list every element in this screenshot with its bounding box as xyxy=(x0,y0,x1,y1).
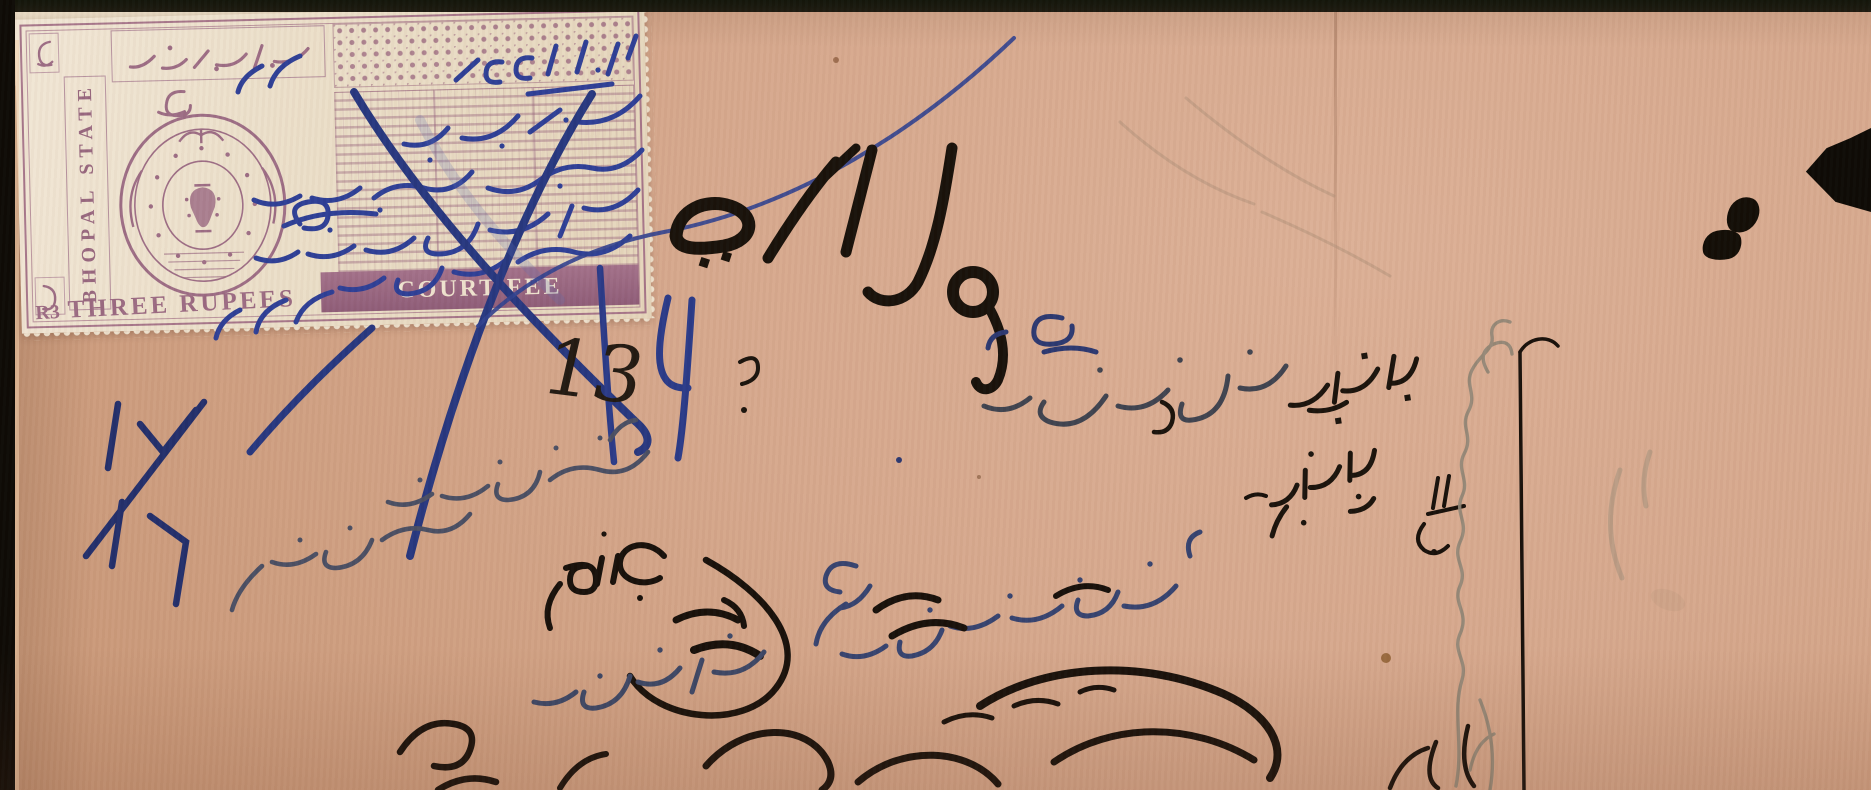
pencil-smudges xyxy=(1610,452,1688,616)
blue-names-line xyxy=(816,532,1200,657)
stamp-coat-of-arms xyxy=(100,101,305,306)
black-flourishes-bottom xyxy=(400,494,1277,790)
paper-edge-highlight xyxy=(15,40,19,790)
question-mark xyxy=(740,358,758,413)
court-fee-label: COURT FEE xyxy=(397,273,563,304)
stamp-glyph-icon xyxy=(144,83,199,120)
black-flourish-large xyxy=(630,560,788,715)
stamp-perforation-right xyxy=(644,4,659,318)
scanner-edge-left xyxy=(0,0,15,790)
fraction-bar xyxy=(86,402,204,556)
stamp-denomination: R3 THREE RUPEES xyxy=(35,283,336,332)
stamp-left-band: BHOPAL STATE xyxy=(64,76,112,311)
paper-speck xyxy=(977,475,981,479)
vakalat-calligraphy xyxy=(676,148,1003,389)
fraction-numerator xyxy=(108,404,196,468)
paper-speck xyxy=(1381,653,1391,663)
pattern-divider xyxy=(433,90,439,270)
stamp-corner-curl-icon xyxy=(30,34,59,73)
grey-cursive-lines xyxy=(232,420,648,610)
stamp-urdu-denomination-panel xyxy=(111,25,326,82)
stamp-state-label: BHOPAL STATE xyxy=(73,82,101,304)
stamp-corner-ornament-bottom xyxy=(35,277,66,316)
small-hook-mark xyxy=(1154,402,1173,432)
paper-crease xyxy=(1334,0,1337,420)
scanner-edge-top xyxy=(0,0,1871,12)
lower-cursive-line xyxy=(534,633,764,708)
stamp-corner-ornament-top xyxy=(29,33,60,74)
case-number-label xyxy=(1253,434,1390,536)
denomination-prefix: R3 xyxy=(35,301,61,325)
urdu-denomination-script xyxy=(112,26,325,81)
coat-of-arms-icon xyxy=(100,101,305,306)
denomination-words: THREE RUPEES xyxy=(67,285,297,325)
fraction-denominator xyxy=(112,502,186,604)
ink-dot xyxy=(896,457,902,463)
pencil-signature xyxy=(1456,321,1512,790)
banaam-label xyxy=(548,531,664,628)
ghost-impressions xyxy=(1120,98,1390,276)
stamp-microtext-pattern xyxy=(334,85,638,274)
court-heading-label xyxy=(1284,345,1425,431)
court-name-line xyxy=(984,317,1286,425)
fraction-seventeen-sixteen xyxy=(86,402,204,604)
stamp-corner-curl-icon xyxy=(36,278,65,315)
right-edge-tear xyxy=(1797,128,1871,212)
paper-speck xyxy=(833,57,839,63)
pattern-divider xyxy=(532,88,538,268)
stamp-ornament-band xyxy=(332,17,633,88)
court-fee-stamp: BHOPAL STATE xyxy=(14,4,651,333)
margin-rule xyxy=(1390,339,1558,790)
stamp-script-glyph xyxy=(144,83,199,120)
stamp-bottom-band: COURT FEE xyxy=(321,265,640,313)
scanned-document: BHOPAL STATE xyxy=(0,0,1871,790)
figure-13: 13 xyxy=(536,328,663,418)
court-name-scribble xyxy=(988,317,1096,353)
